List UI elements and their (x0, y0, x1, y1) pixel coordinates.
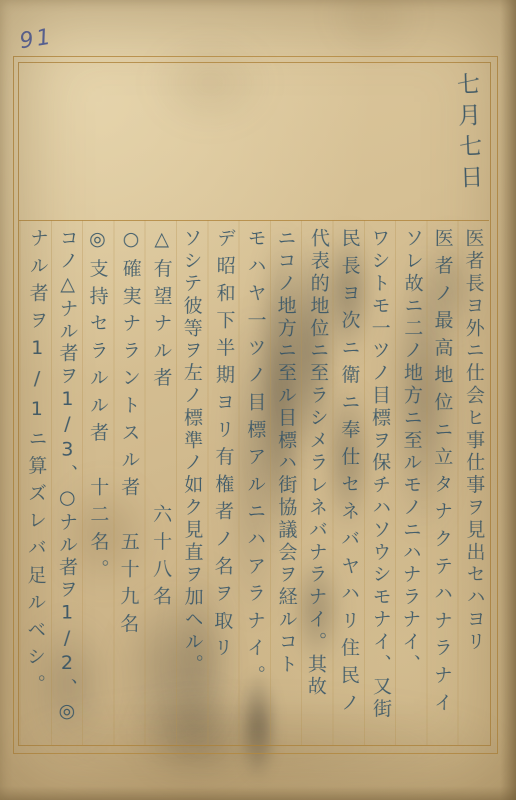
text-column-13: ◎支持セラルル者 十二名。 (81, 228, 114, 738)
text-column-7: ニコノ地方ニ至ル目標ハ街協議会ヲ経ルコト (269, 228, 302, 738)
text-column-11: △有望ナル者 六十八名 (144, 228, 176, 738)
text-column-6: 代表的地位ニ至ラシメラレネバナラナイ。其故 (299, 228, 334, 738)
text-column-9: デ昭和下半期ヨリ有権者ノ名ヲ取リ (206, 228, 241, 738)
text-columns: 医者長ヨ外ニ仕会ヒ事仕事ヲ見出セハヨリ医者ノ最高地位ニ立タナクテハナラナイソレ故… (19, 221, 489, 745)
text-body: 医者長ヨ外ニ仕会ヒ事仕事ヲ見出セハヨリ医者ノ最高地位ニ立タナクテハナラナイソレ故… (19, 220, 489, 745)
text-column-5: 民長ヨ次ニ衛ニ奉仕セネバヤハリ住民ノ (332, 228, 364, 738)
text-column-12: ○確実ナラントスル者 五十九名 (112, 228, 147, 738)
paper-stain (326, 0, 422, 54)
date-header: 七月七日 (450, 71, 488, 212)
text-column-2: 医者ノ最高地位ニ立タナクテハナラナイ (426, 228, 458, 738)
text-column-14: コノ△ナル者ヲ1/3、○ナル者ヲ1/2、◎ (50, 228, 82, 738)
text-column-8: モハヤ一ツノ目標アルニハアラナイ。 (238, 228, 270, 738)
text-column-4: ワシトモ一ツノ目標ヲ保チハソウシモナイ、又街 (363, 228, 396, 738)
manuscript-scan: 91 七月七日 医者長ヨ外ニ仕会ヒ事仕事ヲ見出セハヨリ医者ノ最高地位ニ立タナクテ… (0, 0, 516, 800)
text-column-10: ソシテ彼等ヲ左ノ標準ノ如ク見直ヲ加ヘル。 (175, 228, 208, 738)
text-column-15: ナル者ヲ1/1ニ算ズレバ足ルベシ。 (19, 228, 53, 738)
photo-edge-shadow (500, 0, 516, 800)
text-column-1: 医者長ヨ外ニ仕会ヒ事仕事ヲ見出セハヨリ (457, 228, 489, 738)
page-number: 91 (18, 23, 66, 60)
photo-edge-shadow (0, 786, 516, 800)
text-column-3: ソレ故ニ二ノ地方ニ至ルモノニハナラナイ、 (393, 228, 428, 738)
paper-stain (148, 36, 272, 130)
